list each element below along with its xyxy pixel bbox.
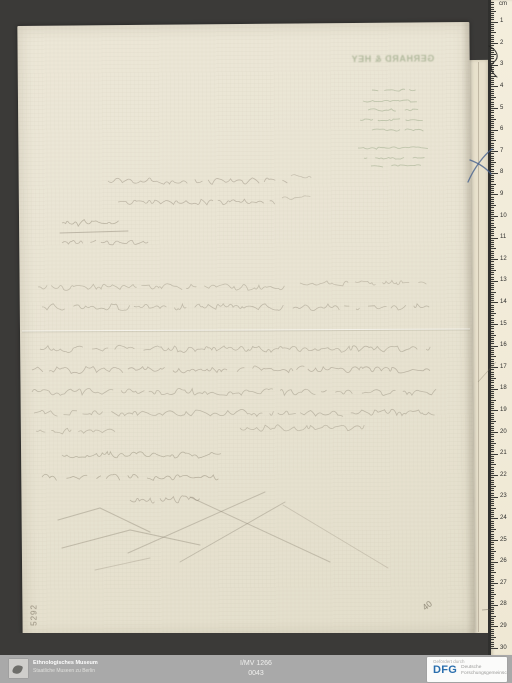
ruler-tick — [491, 56, 494, 57]
ruler-tick — [491, 501, 494, 502]
ruler-tick — [491, 356, 496, 357]
ruler-tick — [491, 190, 494, 191]
ruler-tick — [491, 106, 494, 107]
ruler-tick — [491, 562, 498, 563]
ruler-tick — [491, 601, 494, 602]
ruler-tick — [491, 367, 498, 368]
ruler-tick — [491, 458, 494, 459]
ruler-number: 19 — [500, 407, 512, 414]
ruler-tick — [491, 518, 498, 519]
ruler-tick — [491, 361, 494, 362]
ruler-tick — [491, 553, 494, 554]
ruler-tick — [491, 238, 498, 239]
ruler-tick — [491, 393, 494, 394]
ruler-tick — [491, 210, 494, 211]
ruler-tick — [491, 11, 496, 12]
ruler-tick — [491, 469, 494, 470]
ruler-number: 16 — [500, 342, 512, 349]
ruler-tick — [491, 104, 494, 105]
ruler-tick — [491, 207, 494, 208]
ruler-tick — [491, 125, 494, 126]
ruler-tick — [491, 48, 494, 49]
ruler-tick — [491, 248, 496, 249]
ruler-tick — [491, 153, 494, 154]
ruler-tick — [491, 376, 494, 377]
ruler-tick — [491, 63, 494, 64]
ruler-number: 12 — [500, 256, 512, 263]
ruler-tick — [491, 566, 494, 567]
ruler-number: 1 — [500, 18, 512, 25]
ruler-tick — [491, 644, 494, 645]
ruler-tick — [491, 626, 498, 627]
ruler-tick — [491, 173, 498, 174]
ruler-tick — [491, 15, 494, 16]
ruler-tick — [491, 523, 494, 524]
ruler-tick — [491, 119, 496, 120]
ruler-tick — [491, 264, 494, 265]
ruler-tick — [491, 235, 494, 236]
ruler-tick — [491, 510, 494, 511]
ruler-number: 27 — [500, 580, 512, 587]
ruler-tick — [491, 134, 494, 135]
ruler-tick — [491, 54, 496, 55]
ruler-tick — [491, 253, 494, 254]
ruler-tick — [491, 32, 496, 33]
ruler-number: 20 — [500, 429, 512, 436]
ruler-tick — [491, 240, 494, 241]
ruler-tick — [491, 389, 498, 390]
ruler-tick — [491, 315, 494, 316]
ruler-tick — [491, 629, 494, 630]
ruler-tick — [491, 199, 494, 200]
ruler-tick — [491, 397, 494, 398]
ruler-tick — [491, 557, 494, 558]
ruler-tick — [491, 117, 494, 118]
ruler-number: 15 — [500, 321, 512, 328]
ruler-tick — [491, 78, 494, 79]
scan-viewer: GERHARD & HEY 5292 40 cm 123456789101112… — [0, 0, 512, 683]
ruler-number: 9 — [500, 191, 512, 198]
ruler-tick — [491, 171, 494, 172]
ruler-tick — [491, 115, 494, 116]
ruler-tick — [491, 52, 494, 53]
dfg-logo-row: DFG Deutsche Forschungsgemeinschaft — [433, 665, 507, 677]
ruler-tick — [491, 289, 494, 290]
ruler-tick — [491, 616, 496, 617]
ruler-tick — [491, 633, 494, 634]
ruler-tick — [491, 43, 498, 44]
ruler-tick — [491, 296, 494, 297]
ruler-tick — [491, 521, 494, 522]
ruler-tick — [491, 121, 494, 122]
ruler-tick — [491, 89, 494, 90]
ruler-tick — [491, 302, 498, 303]
ruler-tick — [491, 67, 494, 68]
dfg-logo-box: Gefördert durch DFG Deutsche Forschungsg… — [427, 657, 507, 682]
ruler-tick — [491, 313, 496, 314]
ruler-tick — [491, 257, 494, 258]
ruler-tick — [491, 590, 494, 591]
ruler-tick — [491, 363, 494, 364]
ruler-number: 3 — [500, 61, 512, 68]
ruler-tick — [491, 512, 494, 513]
ruler-tick — [491, 480, 494, 481]
ruler-tick — [491, 298, 494, 299]
ruler-tick — [491, 596, 494, 597]
ruler-tick — [491, 41, 494, 42]
ruler-tick — [491, 95, 494, 96]
ruler-tick — [491, 261, 494, 262]
ruler-tick — [491, 555, 494, 556]
ruler-tick — [491, 158, 494, 159]
dfg-logo: DFG — [433, 665, 457, 676]
ruler-tick — [491, 132, 494, 133]
ruler-tick — [491, 568, 494, 569]
ruler-number: 30 — [500, 645, 512, 652]
ruler-tick — [491, 335, 496, 336]
ruler-tick — [491, 2, 494, 3]
ruler-tick — [491, 564, 494, 565]
ruler-tick — [491, 294, 494, 295]
ruler-tick — [491, 197, 494, 198]
ruler-tick — [491, 181, 494, 182]
ruler-number: 4 — [500, 83, 512, 90]
ruler-tick — [491, 609, 494, 610]
ruler-tick — [491, 642, 494, 643]
ruler-tick — [491, 160, 494, 161]
ruler-tick — [491, 482, 494, 483]
ruler-tick — [491, 423, 494, 424]
ruler-tick — [491, 456, 494, 457]
ruler-tick — [491, 585, 494, 586]
ruler-tick — [491, 419, 494, 420]
ruler-tick — [491, 391, 494, 392]
ruler-number: 14 — [500, 299, 512, 306]
ruler-tick — [491, 622, 494, 623]
ruler-tick — [491, 84, 494, 85]
page-corner-number-left: 5292 — [29, 586, 39, 626]
ruler-tick — [491, 108, 498, 109]
ruler-tick — [491, 188, 494, 189]
ruler-tick — [491, 283, 494, 284]
ruler-number: 10 — [500, 213, 512, 220]
ruler-tick — [491, 22, 498, 23]
ruler-tick — [491, 37, 494, 38]
ruler-tick — [491, 408, 494, 409]
ruler-tick — [491, 499, 494, 500]
paper-texture — [17, 22, 474, 638]
ruler-tick — [491, 395, 494, 396]
ruler-tick — [491, 536, 494, 537]
ruler-tick — [491, 39, 494, 40]
ruler-tick — [491, 547, 494, 548]
ruler-tick — [491, 93, 494, 94]
ruler-tick — [491, 220, 494, 221]
ruler-tick — [491, 618, 494, 619]
ruler-number: 29 — [500, 623, 512, 630]
ruler-tick — [491, 227, 496, 228]
ruler-tick — [491, 447, 494, 448]
ruler-tick — [491, 61, 494, 62]
ruler-tick — [491, 214, 494, 215]
ruler-number: 11 — [500, 234, 512, 241]
ruler-tick — [491, 575, 494, 576]
ruler-tick — [491, 514, 494, 515]
ruler-tick — [491, 559, 494, 560]
ruler-tick — [491, 99, 494, 100]
ruler-tick — [491, 402, 494, 403]
ruler-number: 22 — [500, 472, 512, 479]
ruler-tick — [491, 169, 494, 170]
ruler-tick — [491, 588, 494, 589]
ruler-tick — [491, 140, 496, 141]
ruler-tick — [491, 359, 494, 360]
ruler-tick — [491, 490, 494, 491]
ruler-tick — [491, 449, 494, 450]
ruler-tick — [491, 259, 498, 260]
funded-by-label: Gefördert durch — [433, 659, 507, 664]
ruler-tick — [491, 352, 494, 353]
ruler-tick — [491, 143, 494, 144]
ruler-tick — [491, 471, 494, 472]
ruler-tick — [491, 603, 494, 604]
ruler-tick — [491, 130, 498, 131]
ruler-tick — [491, 82, 494, 83]
ruler-tick — [491, 112, 494, 113]
ruler-number: 2 — [500, 40, 512, 47]
ruler-tick — [491, 147, 494, 148]
ruler-tick — [491, 300, 494, 301]
ruler-tick — [491, 462, 494, 463]
ruler-tick — [491, 436, 494, 437]
ruler-tick — [491, 525, 494, 526]
ruler-tick — [491, 231, 494, 232]
ruler-tick — [491, 495, 494, 496]
ruler-tick — [491, 268, 494, 269]
ruler-tick — [491, 583, 498, 584]
ruler-tick — [491, 277, 494, 278]
ruler-tick — [491, 441, 494, 442]
ruler-tick — [491, 464, 496, 465]
measurement-ruler: cm 1234567891011121314151617181920212223… — [491, 0, 512, 656]
ruler-tick — [491, 58, 494, 59]
ruler-tick — [491, 540, 498, 541]
ruler-tick — [491, 110, 494, 111]
dfg-name-line1: Deutsche — [461, 665, 481, 670]
ruler-tick — [491, 309, 494, 310]
ruler-tick — [491, 374, 494, 375]
ruler-tick — [491, 201, 494, 202]
ruler-tick — [491, 493, 494, 494]
ruler-number: 7 — [500, 148, 512, 155]
ruler-tick — [491, 186, 494, 187]
document-page: GERHARD & HEY 5292 40 — [17, 22, 474, 638]
ruler-tick — [491, 529, 496, 530]
ruler-tick — [491, 102, 494, 103]
ruler-number: 28 — [500, 601, 512, 608]
ruler-tick — [491, 451, 494, 452]
ruler-tick — [491, 581, 494, 582]
ruler-number: 21 — [500, 450, 512, 457]
ruler-tick — [491, 123, 494, 124]
ruler-tick — [491, 91, 494, 92]
ruler-tick — [491, 162, 496, 163]
ruler-tick — [491, 605, 498, 606]
ruler-tick — [491, 339, 494, 340]
ruler-tick — [491, 460, 494, 461]
ruler-tick — [491, 305, 494, 306]
ruler-tick — [491, 9, 494, 10]
ruler-tick — [491, 505, 494, 506]
ruler-tick — [491, 350, 494, 351]
ruler-number: 18 — [500, 385, 512, 392]
ruler-tick — [491, 127, 494, 128]
ruler-tick — [491, 570, 494, 571]
ruler-number: 6 — [500, 126, 512, 133]
ruler-tick — [491, 216, 498, 217]
ruler-tick — [491, 648, 498, 649]
ruler-tick — [491, 639, 494, 640]
ruler-tick — [491, 434, 494, 435]
ruler-tick — [491, 145, 494, 146]
ruler-tick — [491, 192, 494, 193]
ruler-tick — [491, 242, 494, 243]
ruler-tick — [491, 503, 494, 504]
ruler-tick — [491, 17, 494, 18]
ruler-tick — [491, 266, 494, 267]
ruler-tick — [491, 443, 496, 444]
ruler-tick — [491, 270, 496, 271]
ruler-tick — [491, 307, 494, 308]
ruler-tick — [491, 380, 494, 381]
ruler-tick — [491, 549, 494, 550]
ruler-tick — [491, 531, 494, 532]
ruler-tick — [491, 413, 494, 414]
ruler-tick — [491, 378, 496, 379]
ruler-tick — [491, 73, 494, 74]
ruler-tick — [491, 620, 494, 621]
ruler-number: 5 — [500, 105, 512, 112]
ruler-tick — [491, 272, 494, 273]
ruler-tick — [491, 326, 494, 327]
ruler-tick — [491, 244, 494, 245]
ruler-tick — [491, 184, 496, 185]
ruler-tick — [491, 432, 498, 433]
ruler-tick — [491, 80, 494, 81]
ruler-tick — [491, 484, 494, 485]
ruler-tick — [491, 203, 494, 204]
ruler-tick — [491, 516, 494, 517]
ruler-tick — [491, 439, 494, 440]
letterhead-bleedthrough: GERHARD & HEY — [340, 53, 446, 64]
ruler-tick — [491, 404, 494, 405]
ruler-tick — [491, 86, 498, 87]
ruler-tick — [491, 572, 496, 573]
ruler-tick — [491, 592, 494, 593]
ruler-tick — [491, 175, 494, 176]
ruler-tick — [491, 410, 498, 411]
ruler-tick — [491, 223, 494, 224]
ruler-tick — [491, 4, 494, 5]
ruler-tick — [491, 194, 498, 195]
ruler-tick — [491, 611, 494, 612]
ruler-tick — [491, 486, 496, 487]
ruler-tick — [491, 322, 494, 323]
ruler-tick — [491, 69, 494, 70]
page-corner-number-right: 40 — [420, 599, 434, 613]
ruler-tick — [491, 331, 494, 332]
ruler-tick — [491, 544, 494, 545]
ruler-number: 25 — [500, 537, 512, 544]
ruler-tick — [491, 177, 494, 178]
ruler-tick — [491, 311, 494, 312]
ruler-tick — [491, 318, 494, 319]
ruler-number: 24 — [500, 515, 512, 522]
ruler-tick — [491, 136, 494, 137]
ruler-tick — [491, 430, 494, 431]
ruler-tick — [491, 348, 494, 349]
ruler-tick — [491, 467, 494, 468]
ruler-tick — [491, 138, 494, 139]
ruler-tick — [491, 382, 494, 383]
ruler-tick — [491, 255, 494, 256]
ruler-unit-label: cm — [499, 1, 507, 7]
ruler-tick — [491, 50, 494, 51]
ruler-tick — [491, 218, 494, 219]
ruler-tick — [491, 577, 494, 578]
ruler-tick — [491, 475, 498, 476]
ruler-tick — [491, 579, 494, 580]
ruler-tick — [491, 251, 494, 252]
ruler-tick — [491, 333, 494, 334]
ruler-tick — [491, 624, 494, 625]
ruler-tick — [491, 151, 498, 152]
ruler-tick — [491, 279, 494, 280]
ruler-tick — [491, 415, 494, 416]
ruler-tick — [491, 607, 494, 608]
ruler-tick — [491, 473, 494, 474]
ruler-tick — [491, 527, 494, 528]
ruler-tick — [491, 385, 494, 386]
ruler-tick — [491, 346, 498, 347]
ruler-number: 8 — [500, 169, 512, 176]
ruler-tick — [491, 24, 494, 25]
ruler-tick — [491, 320, 494, 321]
ruler-tick — [491, 7, 494, 8]
ruler-tick — [491, 445, 494, 446]
ruler-tick — [491, 30, 494, 31]
ruler-tick — [491, 28, 494, 29]
ruler-tick — [491, 274, 494, 275]
ruler-tick — [491, 156, 494, 157]
ruler-tick — [491, 594, 496, 595]
dfg-full-name: Deutsche Forschungsgemeinschaft — [461, 665, 507, 677]
ruler-tick — [491, 372, 494, 373]
ruler-tick — [491, 365, 494, 366]
ruler-tick — [491, 71, 494, 72]
ruler-tick — [491, 406, 494, 407]
ruler-number: 17 — [500, 364, 512, 371]
ruler-tick — [491, 369, 494, 370]
ruler-tick — [491, 97, 496, 98]
ruler-tick — [491, 454, 498, 455]
ruler-tick — [491, 428, 494, 429]
ruler-tick — [491, 233, 494, 234]
ruler-tick — [491, 287, 494, 288]
ruler-tick — [491, 417, 494, 418]
ruler-number: 26 — [500, 558, 512, 565]
ruler-tick — [491, 324, 498, 325]
